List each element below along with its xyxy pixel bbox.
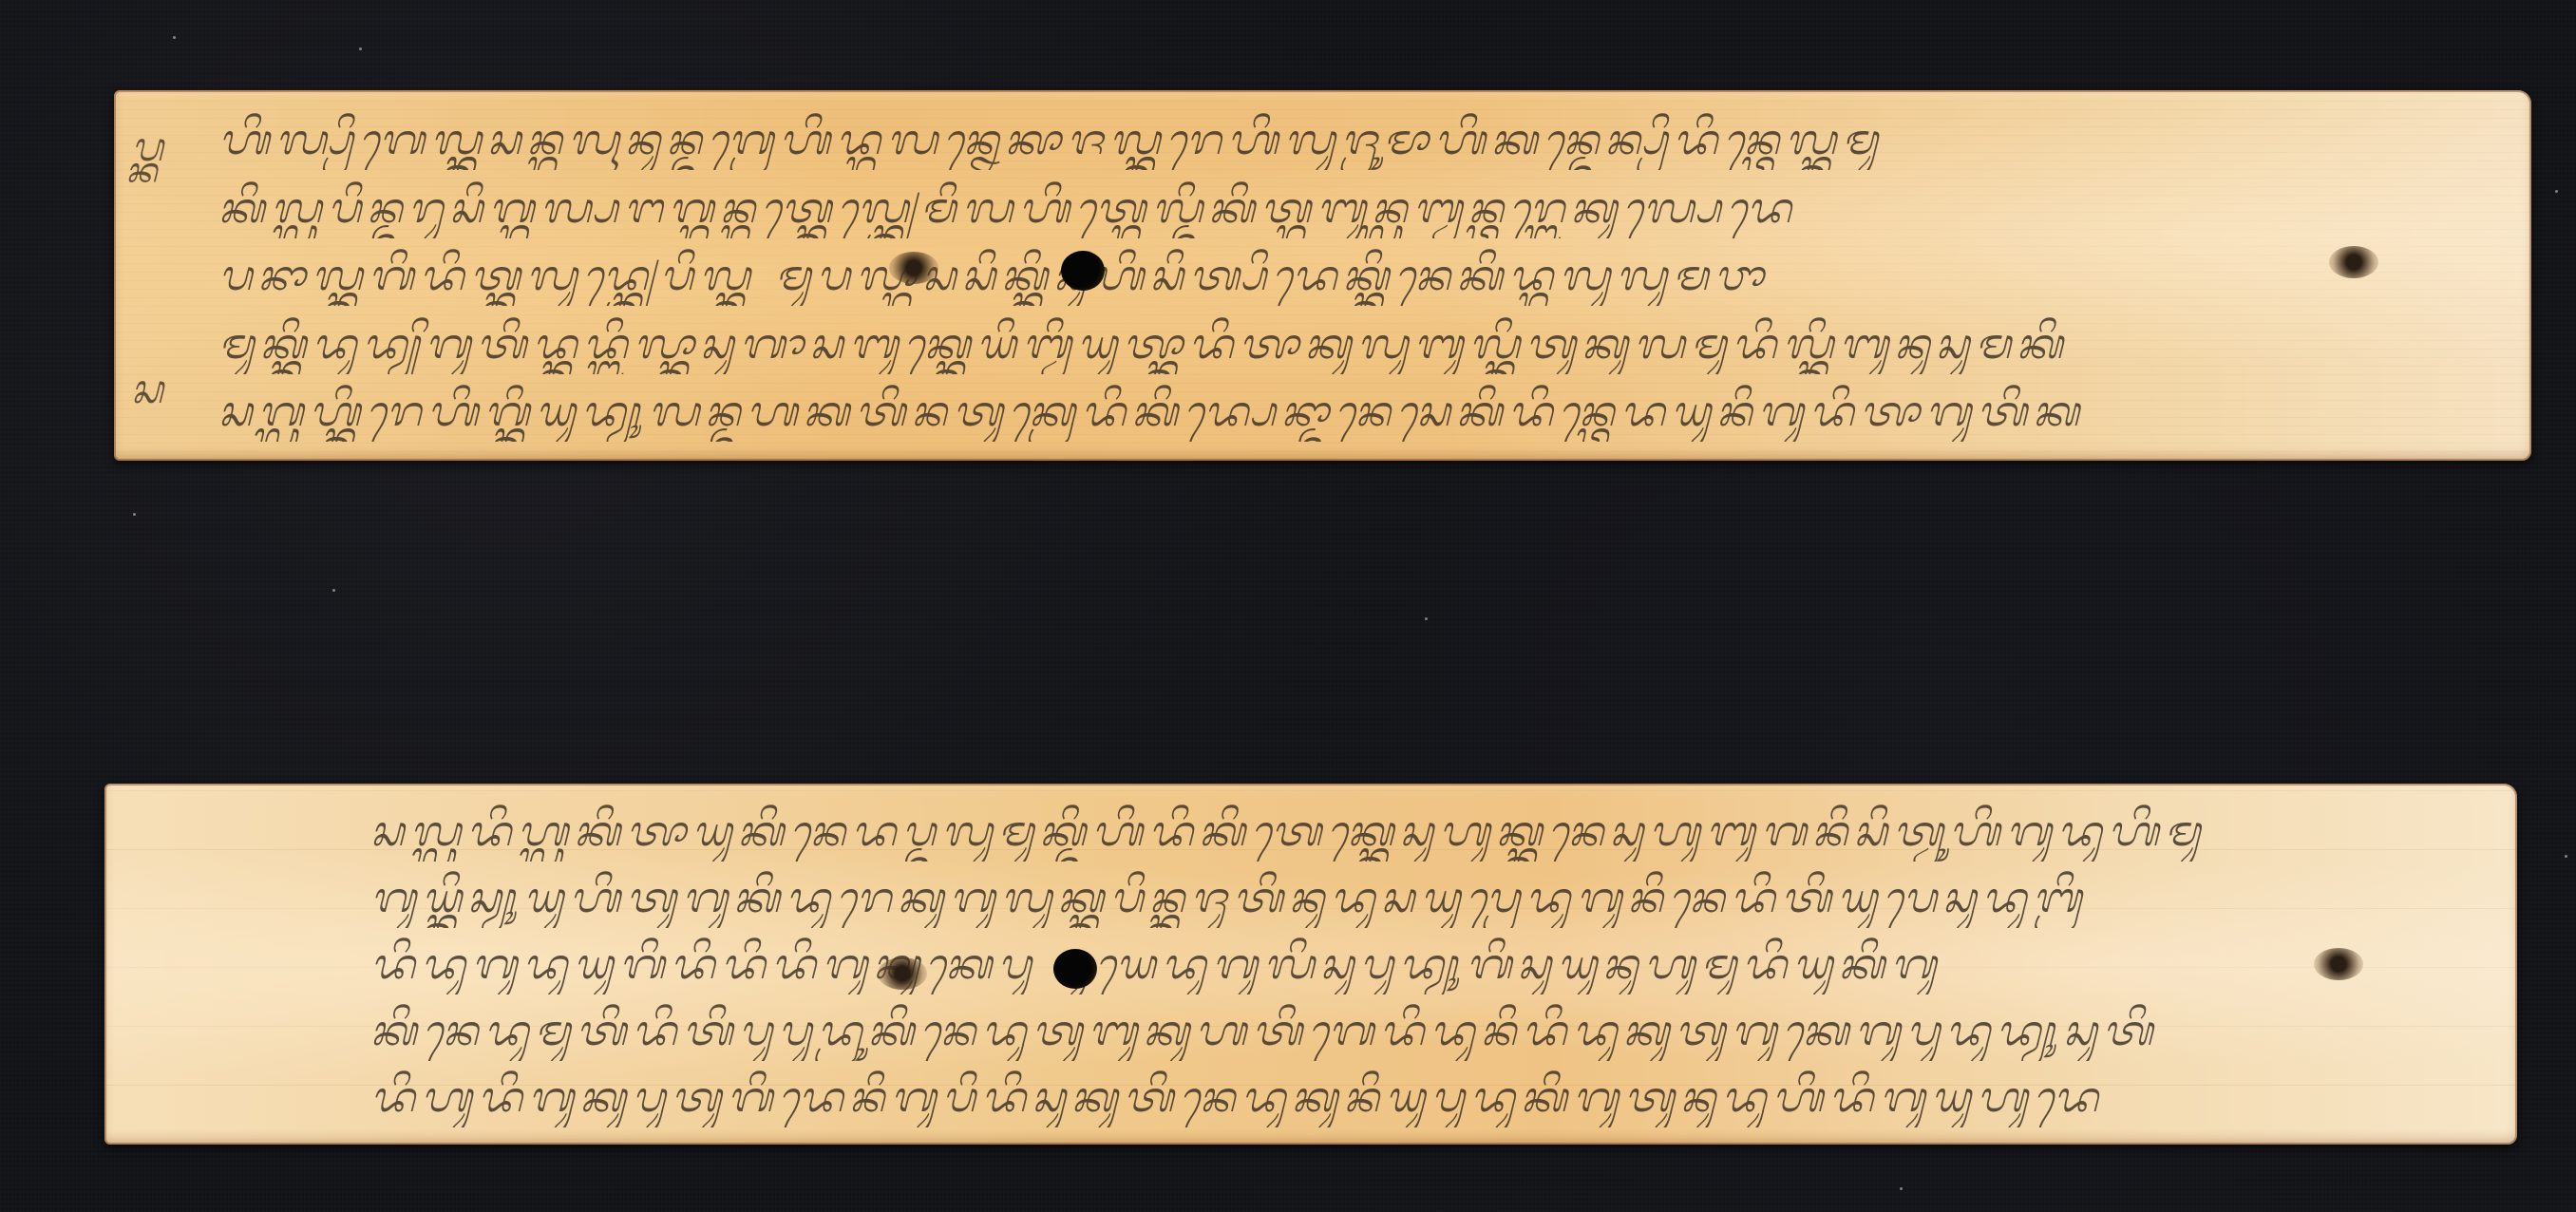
lint-speck xyxy=(1900,1187,1903,1190)
lint-speck xyxy=(2565,855,2567,858)
punch-mark xyxy=(2329,246,2378,278)
script-line: ᬓᬶᬮ᭄ᬮᬸᬧᬶᬦ᭄ᬤᬸᬭᬸᬲᬶᬕ᭄ᬕᬸᬮ᭄ᬧᬗᬕ᭄ᬕᬸᬦ᭄ᬕᬢ᭄ᬓᬾᬮ᭄ᬓ᭄ᬭ… xyxy=(218,180,2474,238)
binding-hole xyxy=(1061,251,1105,291)
punch-mark xyxy=(2314,948,2363,980)
script-line: ᬳᬶᬮ᭄ᬧ᭄ᬭᬶᬕᬾᬮ᭄ᬓ᭄ᬓᬹᬲᬦ᭄ᬕᬸᬮᬹᬦᬸᬦ᭄ᬤᬸᬕ᭄ᬭᬾᬳᬶᬤ᭄ᬕᬸᬮ… xyxy=(218,111,2474,170)
script-text-block: ᬳᬶᬮ᭄ᬧ᭄ᬭᬶᬕᬾᬮ᭄ᬓ᭄ᬓᬹᬲᬦ᭄ᬕᬸᬮᬹᬦᬸᬦ᭄ᬤᬸᬕ᭄ᬭᬾᬳᬶᬤ᭄ᬕᬸᬮ… xyxy=(114,90,2531,461)
script-line: ᬓᬶᬦᬾᬤᬸᬫᬸᬢᬶᬤᬶᬢᬶᬧᬸᬧᬸᬤ᭄ᬭᬸᬓᬶᬦᬾᬤᬸᬢᬸᬩᬸᬓᬸᬳᬢᬶᬕᬾᬤ… xyxy=(370,1002,2432,1061)
lint-speck xyxy=(1425,617,1428,620)
punch-mark xyxy=(878,957,927,990)
script-text-block: ᬲᬮ᭄ᬮᬸᬤᬶᬳ᭄ᬮᬸᬓᬶᬢᬵᬬᬸᬓᬶᬦᬾᬤᬧ᭄ᬤᬸᬮᬸᬫᬸᬓ᭄ᬤᬶᬳᬶᬤᬶᬓᬶ… xyxy=(104,784,2517,1145)
lint-speck xyxy=(133,513,136,516)
script-line: ᬕᬸᬬ᭄ᬓᬶᬲ᭄ᬬᬸᬬᬸᬳᬶᬢᬸᬕᬸᬓᬶᬤᬸᬭᬾᬓᬸᬕᬸᬮᬸᬓ᭄ᬓᬸᬧᬶᬦ᭄ᬓᬸ… xyxy=(370,869,2432,928)
script-line: ᬲᬮ᭄ᬮᬸᬤᬶᬳ᭄ᬮᬸᬓᬶᬢᬵᬬᬸᬓᬶᬦᬾᬤᬧ᭄ᬤᬸᬮᬸᬫᬸᬓ᭄ᬤᬶᬳᬶᬤᬶᬓᬶ… xyxy=(370,803,2432,862)
script-line: ᬫᬸᬓ᭄ᬓᬶᬤᬸᬤ᭄ᬬᬶᬕᬸᬢᬶᬤ᭄ᬓᬸᬤ᭄ᬩᬶᬮ᭄ᬓᬵᬲᬸᬕᬵᬲᬩᬸᬓ᭄ᬓᬾᬬ… xyxy=(218,315,2474,374)
lint-speck xyxy=(359,47,362,50)
script-line: ᬲᬕ᭄ᬮᬸᬳ᭄ᬓᬶᬭᬾᬳᬶᬕ᭄ᬓᬶᬬᬸᬤ᭄ᬬᬸᬮᬦ᭄ᬤᬸᬳᬓᬢᬶᬦᬢᬸᬓ᭄ᬭᬾᬤ… xyxy=(218,383,2474,442)
palm-leaf-bottom: ᬲᬮ᭄ᬮᬸᬤᬶᬳ᭄ᬮᬸᬓᬶᬢᬵᬬᬸᬓᬶᬦᬾᬤᬧ᭄ᬤᬸᬮᬸᬫᬸᬓ᭄ᬤᬶᬳᬶᬤᬶᬓᬶ… xyxy=(104,784,2517,1145)
script-line: ᬧᬦᬵᬮ᭄ᬓᬸᬕᬶᬤᬶᬢ᭄ᬓᬸᬮᬸᬤ᭄ᬓ᭄ᬭᬾᬧᬶᬮ᭄ᬓᬸ ᬫᬸᬧᬮ᭄ᬕᬵᬲᬲᬶ… xyxy=(218,247,2474,306)
palm-leaf-top: ᬧ᭄ᬓ ᬲ ᬳᬶᬮ᭄ᬧ᭄ᬭᬶᬕᬾᬮ᭄ᬓ᭄ᬓᬹᬲᬦ᭄ᬕᬸᬮᬹᬦᬸᬦ᭄ᬤᬸᬕ᭄ᬭᬾᬳ… xyxy=(114,90,2531,461)
binding-hole xyxy=(1053,949,1097,989)
lint-speck xyxy=(173,36,176,39)
script-line: ᬤᬶᬤᬸᬕᬸᬤᬸᬬᬸᬕᬶᬤᬶᬤᬶᬤᬶᬕᬸᬓᬸᬓᬾᬧᬸ ᬲᬸᬬᬾᬤᬸᬕᬸᬮᬶᬲᬸᬧ… xyxy=(370,936,2432,994)
punch-mark xyxy=(889,252,938,284)
lint-speck xyxy=(332,589,335,592)
lint-speck xyxy=(2555,190,2558,193)
script-line: ᬤᬶᬳᬸᬤᬶᬕᬸᬓᬸᬧᬸᬢᬸᬕᬶᬤᬾᬦᬶᬕᬸᬧᬶᬤᬶᬲᬸᬓᬸᬢᬶᬦᬾᬤᬸᬓᬸᬦᬶ… xyxy=(370,1069,2432,1127)
